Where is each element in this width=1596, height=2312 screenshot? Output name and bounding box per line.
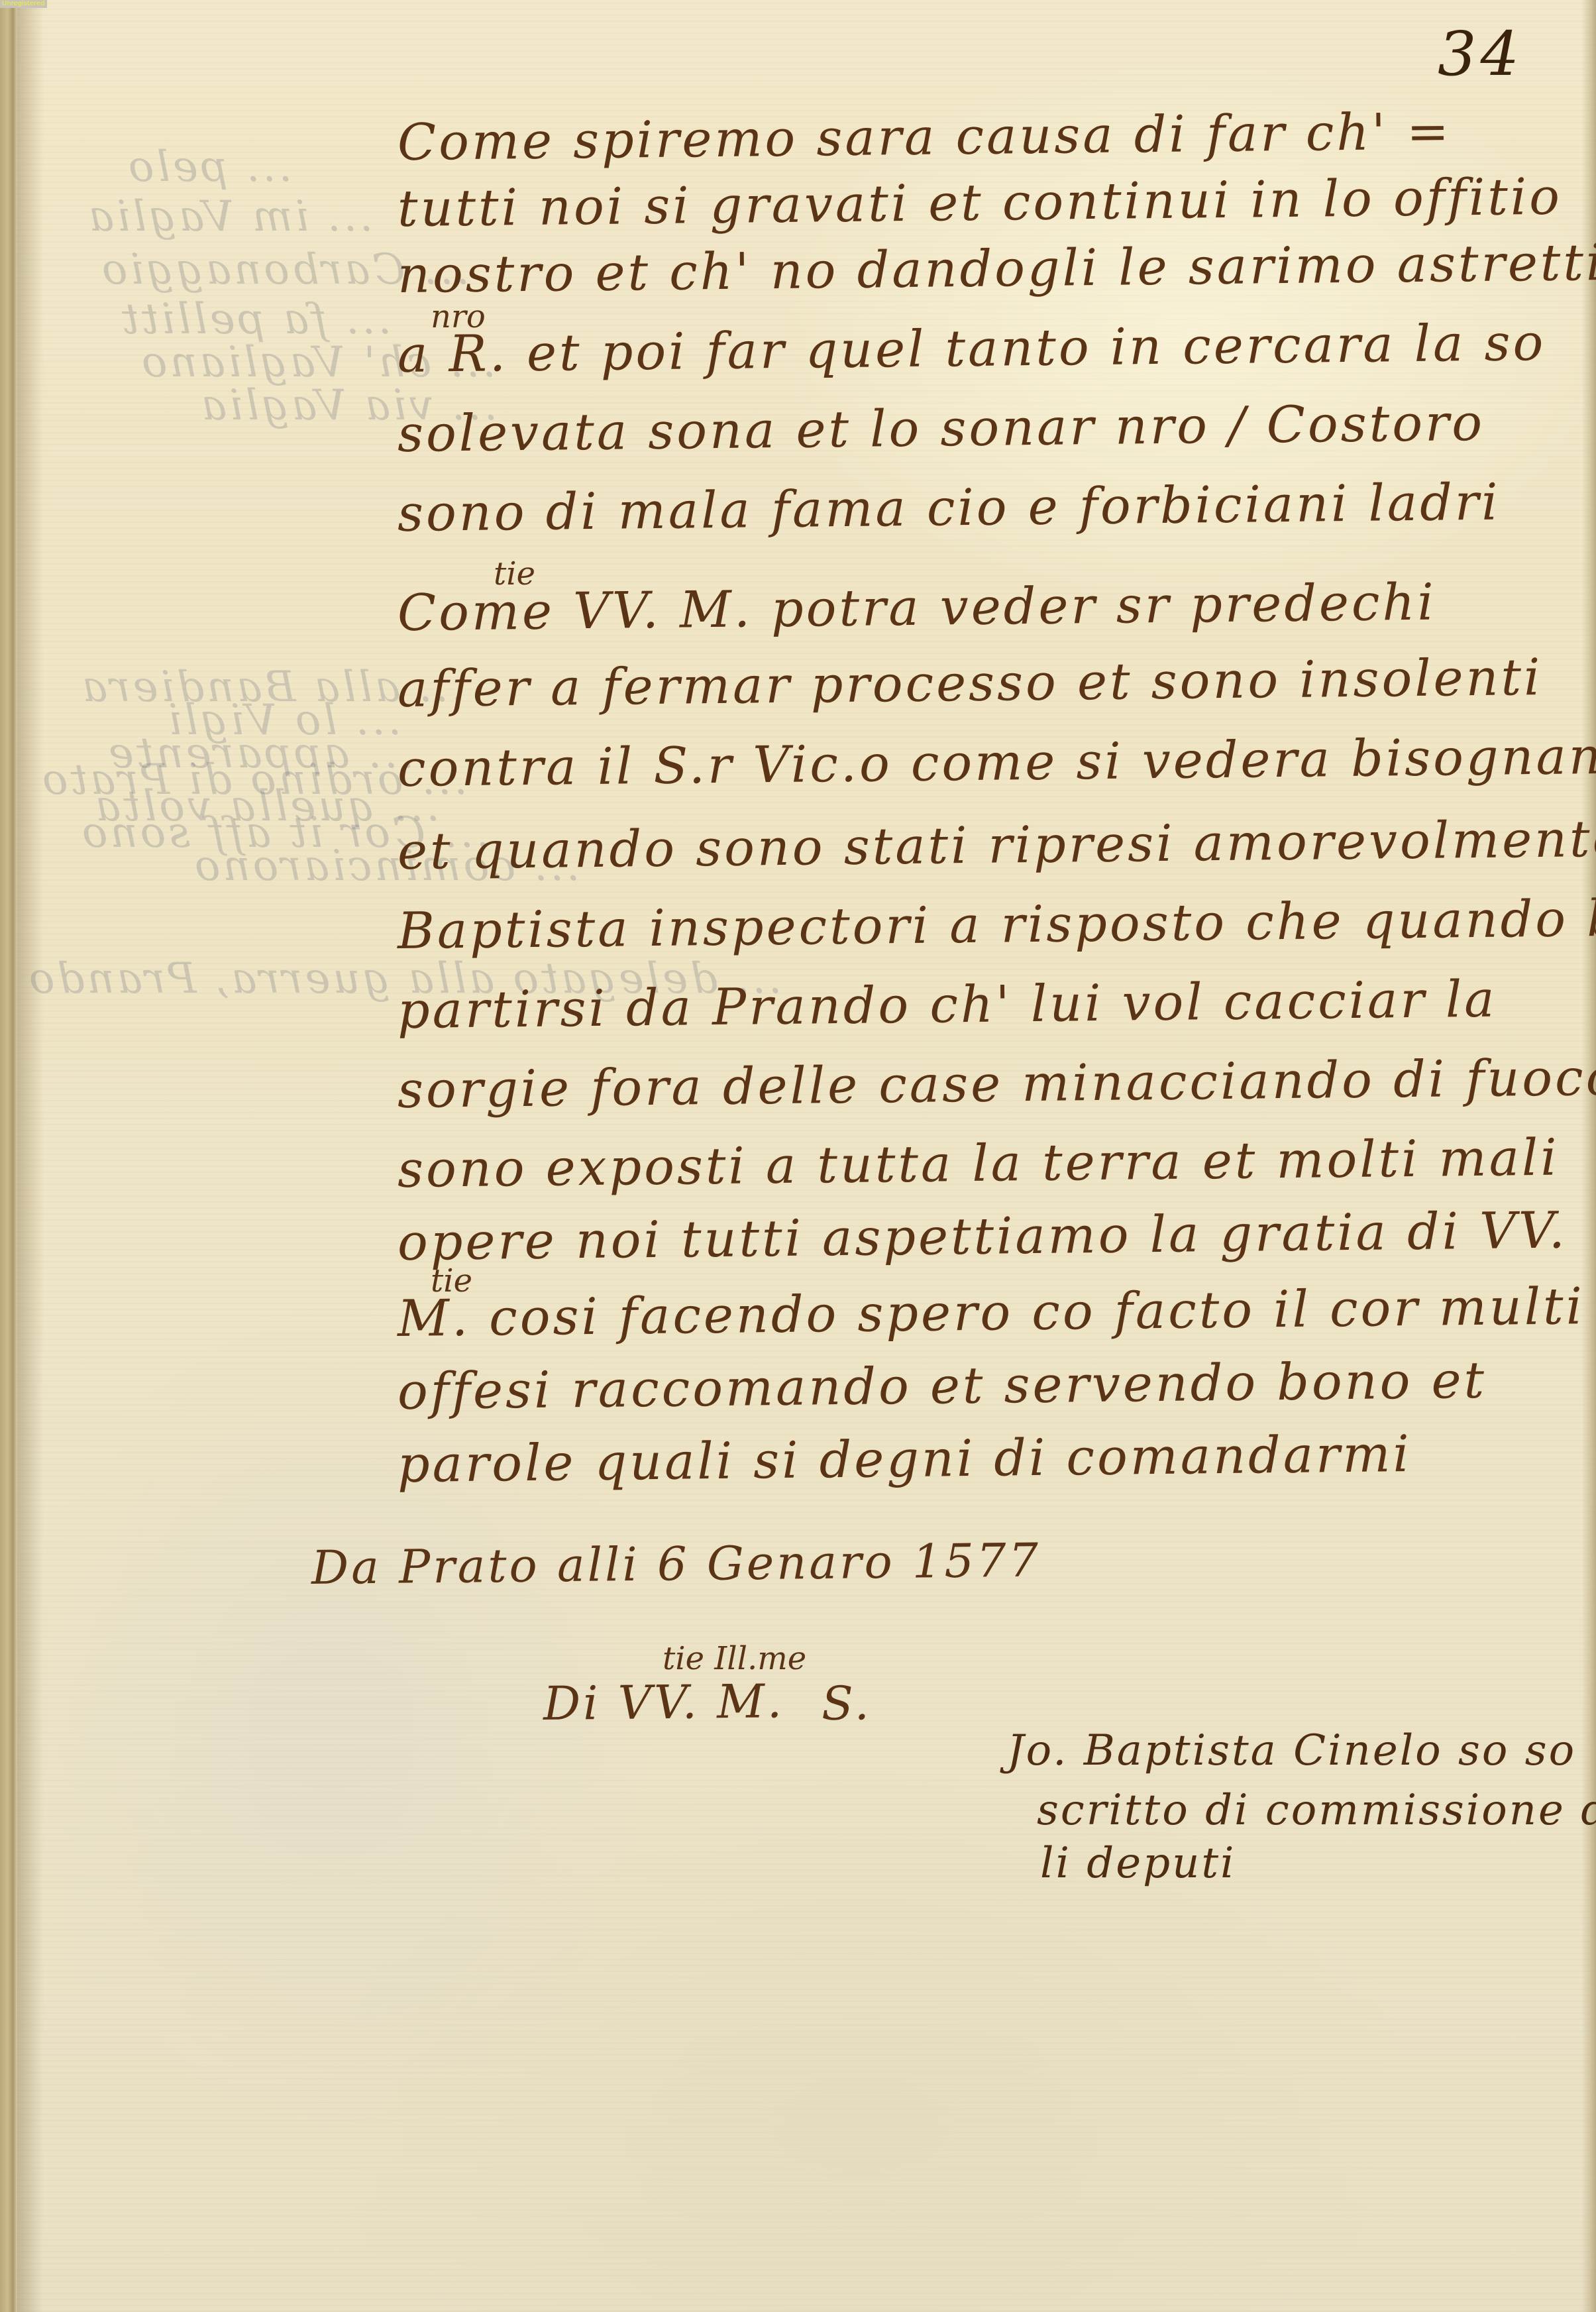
- closing-superscript: tie Ill.me: [663, 1640, 806, 1677]
- letter-line-15: opere noi tutti aspettiamo la gratia di …: [398, 1201, 1568, 1272]
- signature-line-3: li deputi: [1040, 1839, 1236, 1888]
- letter-line-18: parole quali si degni di comandarmi: [398, 1424, 1412, 1494]
- letter-line-4: a R. et poi far quel tanto in cercara la…: [398, 313, 1546, 384]
- bleed-through-line: ... im Vaglia: [86, 192, 373, 241]
- bleed-through-line: ... fa pellitt: [119, 295, 392, 344]
- letter-line-11: Baptista inspectori a risposto che quand…: [398, 886, 1596, 960]
- signature-line-1: Jo. Baptista Cinelo so so: [1007, 1726, 1576, 1775]
- closing-tail: S.: [822, 1676, 873, 1731]
- letter-line-7: Come VV. M. potra veder sr predechi: [398, 573, 1437, 642]
- unregistered-watermark: Unregistered: [0, 0, 47, 8]
- letter-line-3: nostro et ch' no dandogli le sarimo astr…: [398, 233, 1596, 304]
- page-right-edge: [1581, 0, 1596, 2312]
- folio-number: 34: [1438, 19, 1523, 89]
- bleed-through-line: ... pelo: [126, 142, 292, 192]
- letter-line-8: affer a fermar processo et sono insolent…: [398, 647, 1543, 718]
- letter-line-13: sorgie fora delle case minacciando di fu…: [398, 1045, 1596, 1119]
- letter-line-14: sono exposti a tutta la terra et molti m…: [398, 1128, 1560, 1199]
- letter-line-10: et quando sono stati ripresi amorevolmen…: [398, 809, 1596, 881]
- date-line: Da Prato alli 6 Genaro 1577: [311, 1533, 1041, 1595]
- letter-line-1: Come spiremo sara causa di far ch' =: [398, 101, 1452, 172]
- signature-line-2: scritto di commissione di tutti: [1037, 1786, 1596, 1835]
- letter-line-6: sono di mala fama cio e forbiciani ladri: [398, 472, 1501, 543]
- letter-line-2: tutti noi si gravati et continui in lo o…: [398, 167, 1563, 238]
- binding-shadow: [17, 0, 44, 2312]
- letter-line-9: contra il S.r Vic.o come si vedera bisog…: [398, 726, 1596, 798]
- binding-edge: [0, 0, 17, 2312]
- letter-line-16: M. cosi facendo spero co facto il cor mu…: [398, 1276, 1585, 1348]
- letter-line-12: partirsi da Prando ch' lui vol cacciar l…: [398, 969, 1497, 1040]
- manuscript-page: Unregistered ... pelo ... im Vaglia ... …: [0, 0, 1596, 2312]
- letter-line-5: solevata sona et lo sonar nro / Costoro: [398, 393, 1485, 463]
- letter-line-17: offesi raccomando et servendo bono et: [398, 1350, 1487, 1421]
- closing-line: Di VV. M.: [543, 1674, 785, 1731]
